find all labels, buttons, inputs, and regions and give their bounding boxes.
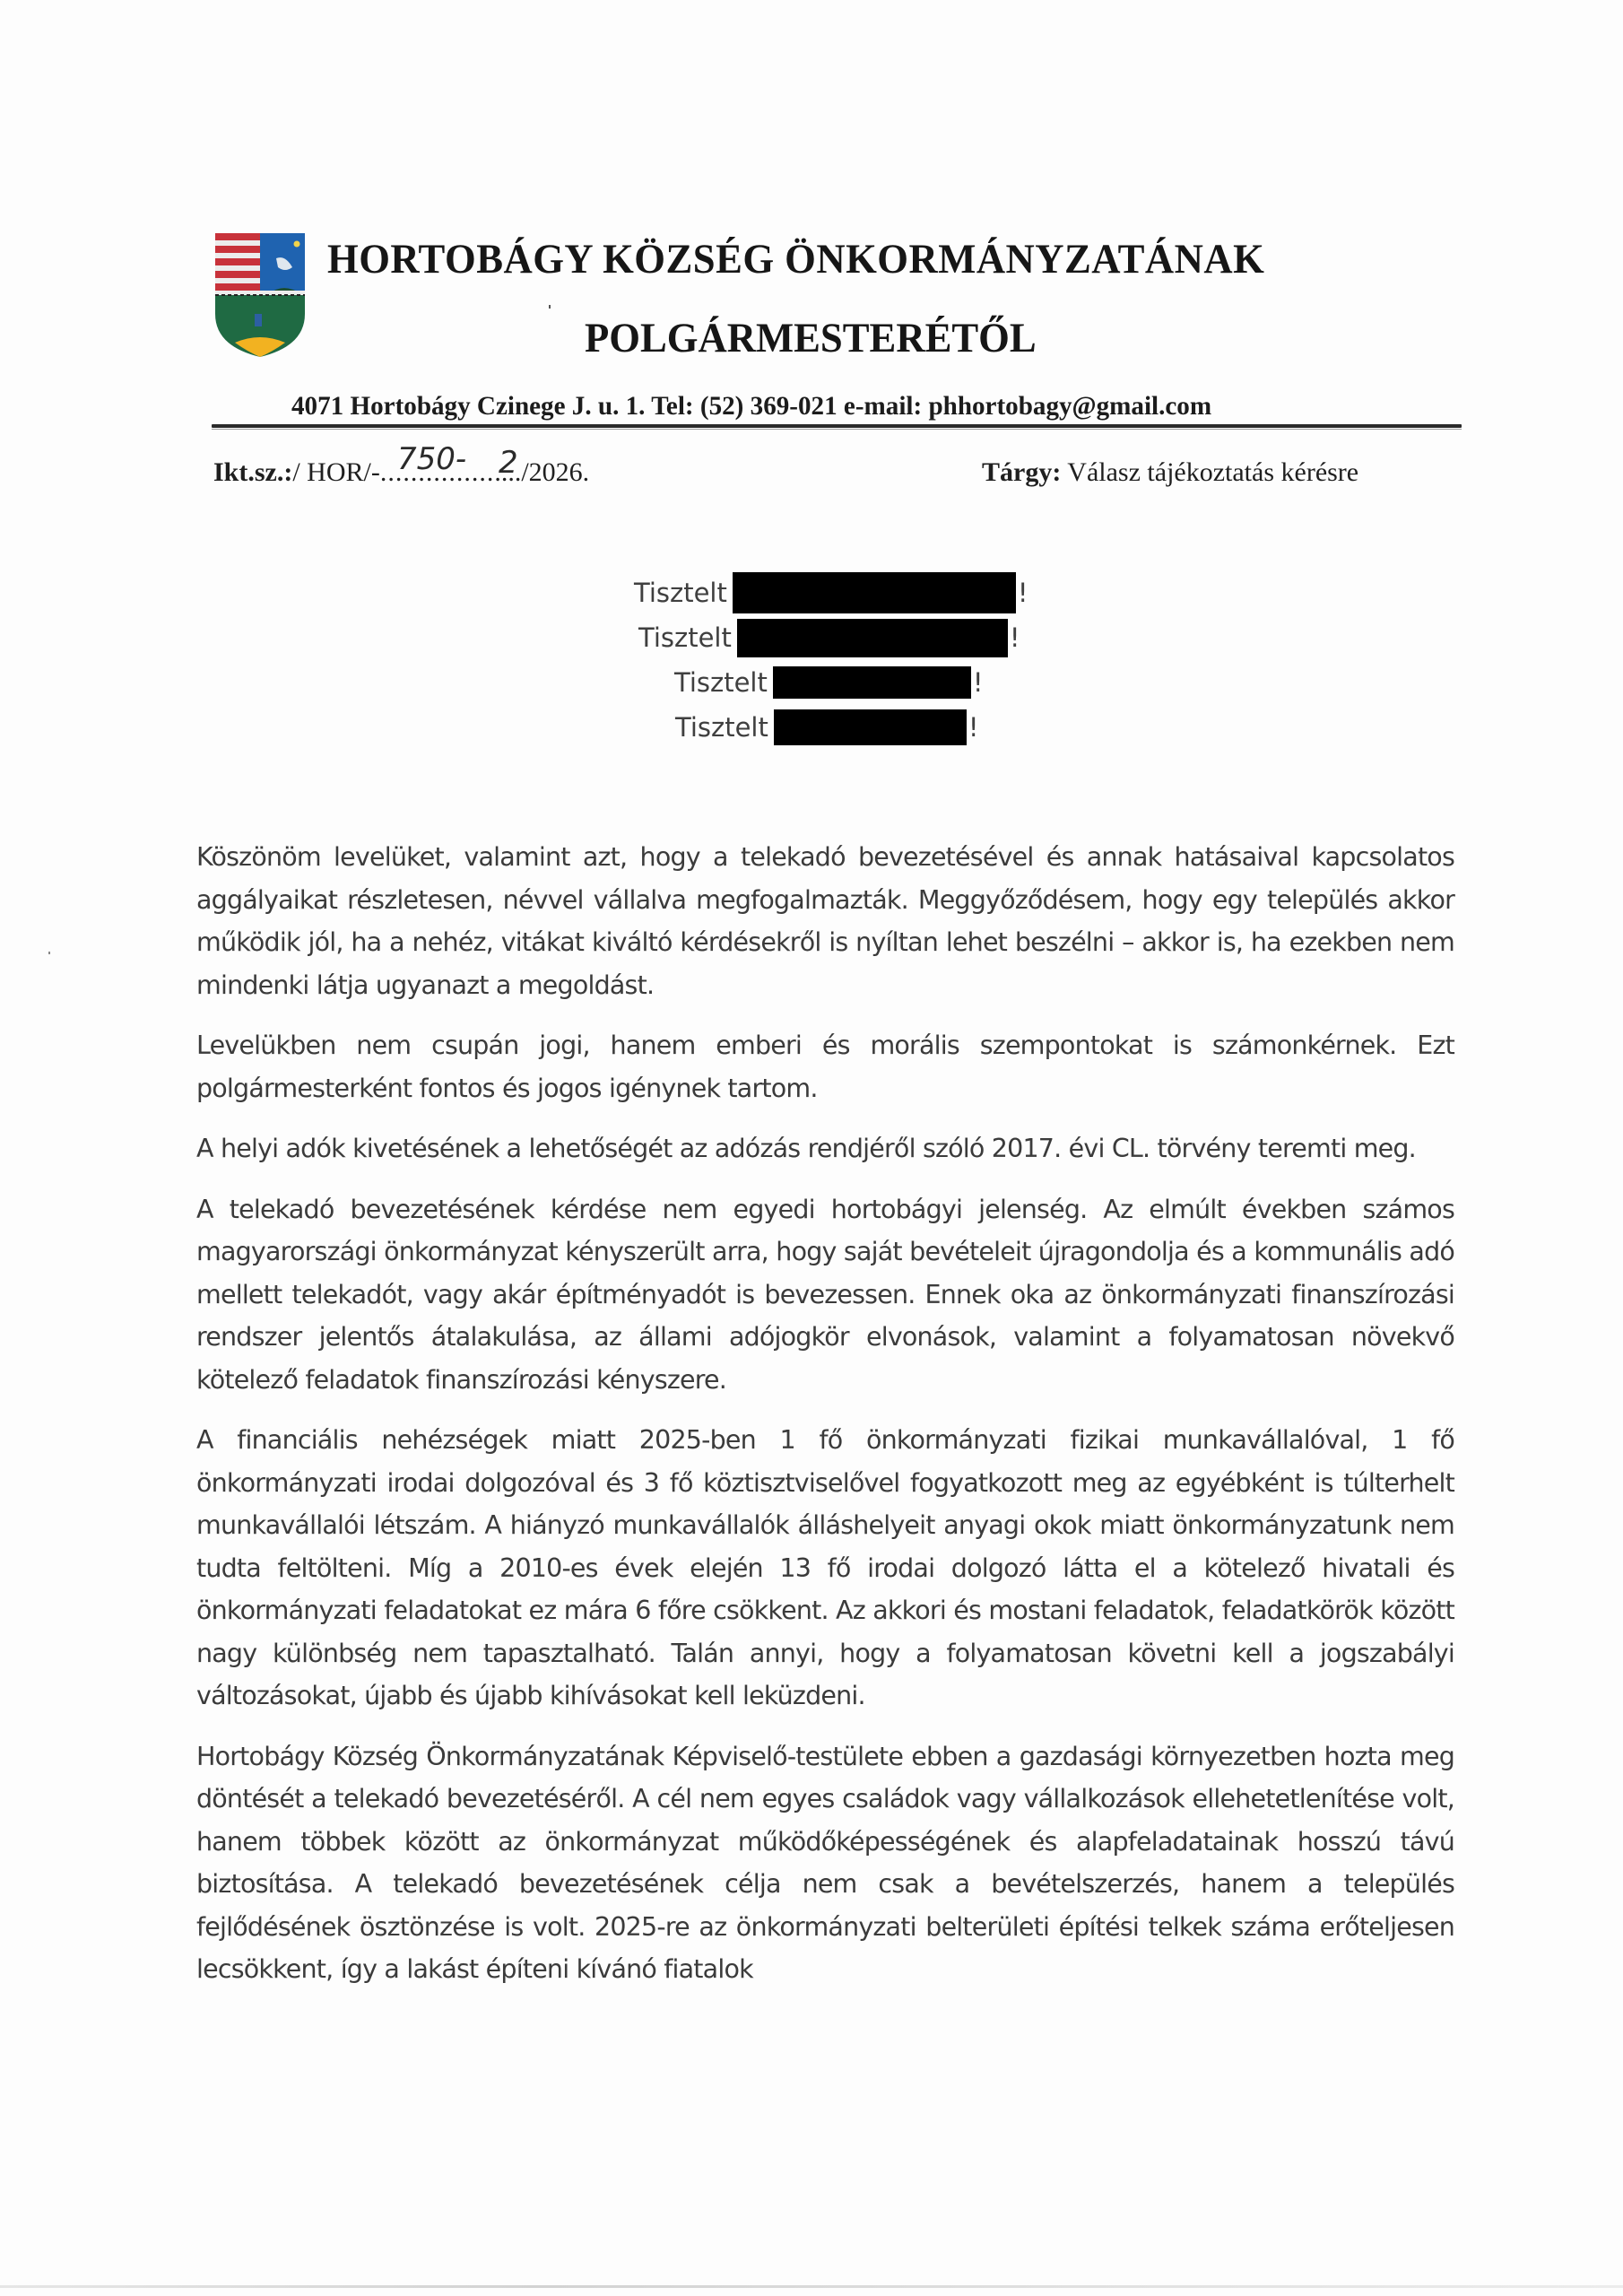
salutation-line: Tisztelt ! bbox=[674, 664, 984, 701]
salutation-greeting: Tisztelt bbox=[638, 622, 732, 653]
salutation-line: Tisztelt ! bbox=[634, 574, 1028, 612]
salutation-line: Tisztelt ! bbox=[638, 619, 1020, 657]
letterhead-subtitle: POLGÁRMESTERÉTŐL bbox=[585, 314, 1037, 362]
handwritten-subnumber: 2 bbox=[499, 445, 518, 481]
subject-value: Válasz tájékoztatás kérésre bbox=[1067, 457, 1358, 487]
letter-body: Köszönöm levelüket, valamint azt, hogy a… bbox=[196, 836, 1454, 2009]
body-paragraph: A financiális nehézségek miatt 2025-ben … bbox=[196, 1419, 1454, 1718]
body-paragraph: Köszönöm levelüket, valamint azt, hogy a… bbox=[196, 836, 1454, 1006]
salutation-greeting: Tisztelt bbox=[634, 578, 727, 608]
salutation-punct: ! bbox=[968, 712, 979, 743]
body-paragraph: A helyi adók kivetésének a lehetőségét a… bbox=[196, 1127, 1454, 1170]
letterhead-title: HORTOBÁGY KÖZSÉG ÖNKORMÁNYZATÁNAK bbox=[327, 235, 1264, 283]
salutation-punct: ! bbox=[1010, 622, 1020, 653]
redaction-box bbox=[737, 619, 1008, 657]
redaction-box bbox=[773, 666, 971, 699]
document-page: HORTOBÁGY KÖZSÉG ÖNKORMÁNYZATÁNAK POLGÁR… bbox=[0, 0, 1623, 2296]
scan-speck bbox=[48, 952, 50, 954]
reference-year: /2026. bbox=[521, 457, 589, 487]
redaction-box bbox=[774, 709, 967, 745]
body-paragraph: A telekadó bevezetésének kérdése nem egy… bbox=[196, 1188, 1454, 1402]
subject-label: Tárgy: bbox=[982, 457, 1061, 487]
letterhead-address: 4071 Hortobágy Czinege J. u. 1. Tel: (52… bbox=[291, 391, 1211, 422]
salutation-greeting: Tisztelt bbox=[675, 712, 768, 743]
salutation-line: Tisztelt ! bbox=[675, 709, 979, 746]
body-paragraph: Hortobágy Község Önkormányzatának Képvis… bbox=[196, 1735, 1454, 1991]
salutation-punct: ! bbox=[1018, 578, 1028, 608]
salutation-greeting: Tisztelt bbox=[674, 667, 768, 698]
reference-label: Ikt.sz.: bbox=[213, 457, 292, 487]
letterhead-divider bbox=[212, 424, 1462, 428]
letterhead-divider-shadow bbox=[212, 429, 1462, 430]
scan-speck bbox=[549, 305, 551, 309]
redaction-box bbox=[733, 572, 1016, 613]
salutation-punct: ! bbox=[973, 667, 984, 698]
reference-prefix: / HOR/- bbox=[292, 457, 380, 487]
subject-line: Tárgy: Válasz tájékoztatás kérésre bbox=[982, 457, 1358, 488]
body-paragraph: Levelükben nem csupán jogi, hanem emberi… bbox=[196, 1024, 1454, 1109]
scan-edge-line bbox=[0, 2285, 1623, 2288]
coat-of-arms-icon bbox=[213, 231, 307, 359]
handwritten-number: 750- bbox=[397, 441, 466, 477]
